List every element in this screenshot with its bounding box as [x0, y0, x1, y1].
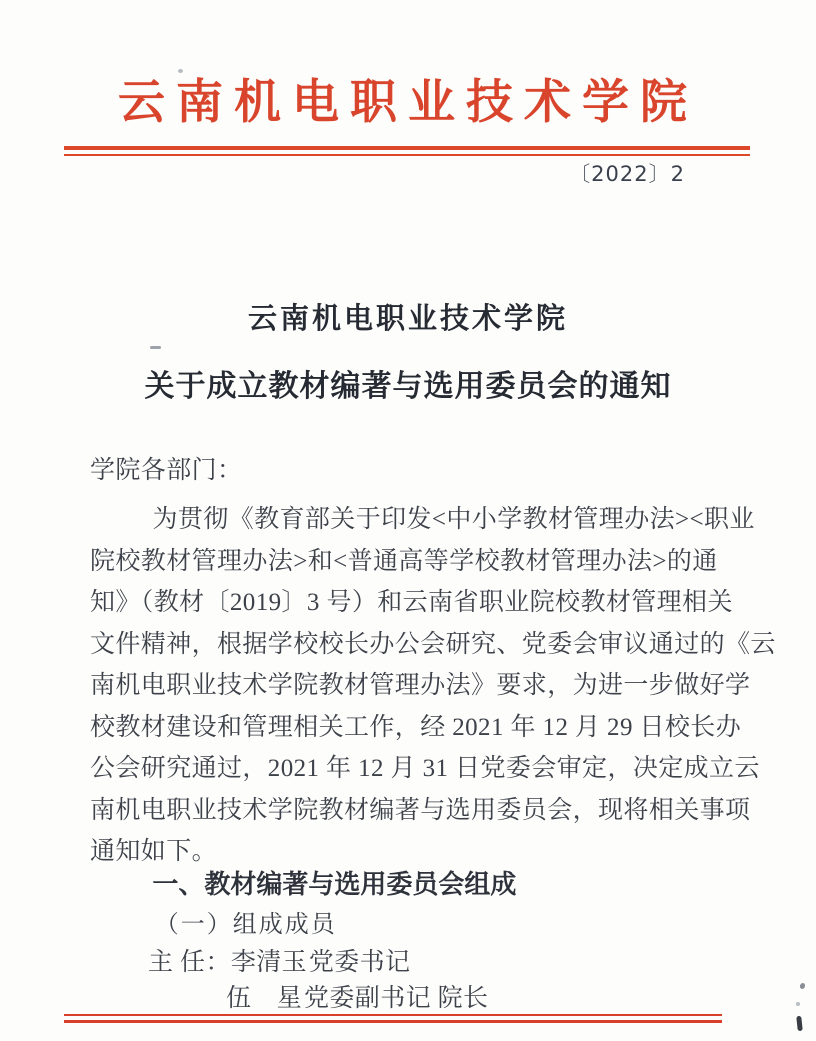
footer-rule-thick	[64, 1020, 722, 1023]
roster-title: 党委副书记 院长	[304, 985, 488, 1012]
paragraph-line: 院校教材管理办法>和<普通高等学校教材管理办法>的通	[90, 541, 728, 583]
masthead-double-rule	[64, 146, 750, 156]
body-content: 学院各部门： 为贯彻《教育部关于印发<中小学教材管理办法><职业 院校教材管理办…	[90, 450, 728, 1017]
masthead-title: 云南机电职业技术学院	[0, 0, 816, 132]
paragraph-line: 知》（教材〔2019〕3 号）和云南省职业院校教材管理相关	[90, 582, 728, 624]
roster-row-chair2: 伍 星党委副书记 院长	[148, 981, 728, 1017]
paragraph-line: 文件精神，根据学校校长办公会研究、党委会审议通过的《云	[90, 624, 728, 666]
doc-title-line2: 关于成立教材编著与选用委员会的通知	[0, 364, 816, 410]
subsection-heading: （一）组成成员	[90, 905, 728, 945]
paragraph-line: 为贯彻《教育部关于印发<中小学教材管理办法><职业	[90, 499, 728, 541]
roster-role: 主 任：	[148, 945, 231, 981]
roster-title: 党委书记	[309, 949, 411, 976]
footer-double-rule	[64, 1014, 722, 1023]
paragraph-line: 南机电职业技术学院教材管理办法》要求，为进一步做好学	[90, 665, 728, 707]
paragraph-line: 公会研究通过，2021 年 12 月 31 日党委会审定，决定成立云	[90, 748, 728, 790]
title-block: 云南机电职业技术学院 关于成立教材编著与选用委员会的通知	[0, 298, 816, 410]
paragraph-line: 南机电职业技术学院教材编著与选用委员会，现将相关事项	[90, 790, 728, 832]
scan-artifact-ink-mark	[796, 1016, 803, 1031]
doc-number: 〔2022〕2	[0, 162, 816, 186]
roster-name: 伍 星	[226, 981, 304, 1017]
opening-paragraph: 为贯彻《教育部关于印发<中小学教材管理办法><职业 院校教材管理办法>和<普通高…	[90, 499, 728, 873]
roster-name: 李清玉	[231, 945, 309, 981]
scan-artifact-speck	[799, 982, 806, 989]
notice-document-page: 云南机电职业技术学院 〔2022〕2 云南机电职业技术学院 关于成立教材编著与选…	[0, 0, 816, 1041]
masthead: 云南机电职业技术学院 〔2022〕2	[0, 0, 816, 186]
paragraph-line: 校教材建设和管理相关工作，经 2021 年 12 月 29 日校长办	[90, 707, 728, 749]
masthead-rule-thin	[64, 154, 750, 156]
section-heading: 一、教材编著与选用委员会组成	[90, 863, 728, 905]
roster-row-chair: 主 任：李清玉党委书记	[148, 945, 728, 981]
doc-title-line1: 云南机电职业技术学院	[0, 298, 816, 340]
salutation: 学院各部门：	[90, 450, 728, 491]
scan-artifact-speck	[796, 1002, 800, 1006]
committee-roster: 主 任：李清玉党委书记 伍 星党委副书记 院长	[90, 945, 728, 1017]
